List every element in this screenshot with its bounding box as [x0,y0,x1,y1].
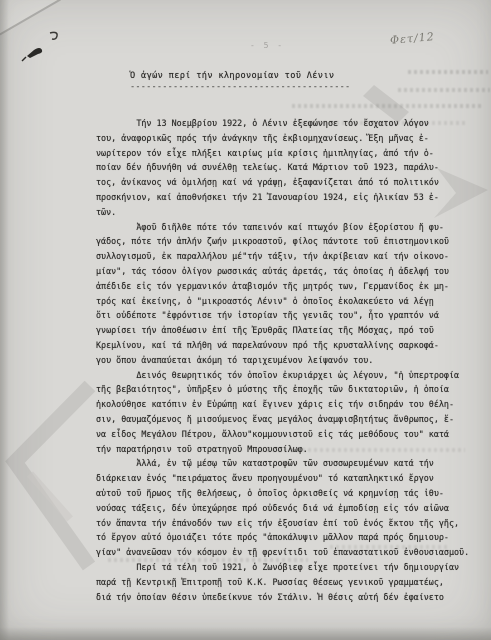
text-line: νούσας τάξεις, δέν ὑπεχώρησε πρό οὐδενός… [96,501,469,516]
text-line: ἀπέδιδε εἰς τόν γερμανικόν ἀταβισμόν τῆς… [96,279,469,294]
text-line: Δεινός θεωρητικός τόν ὁποῖον ἐκυριάρχει … [96,368,469,383]
text-line: Ἀλλά, ἐν τῷ μέσῳ τῶν καταστροφῶν τῶν συσ… [96,456,469,471]
text-line: προσκήνιον, καί ἀποθνήσκει τήν 21 Ἰανουα… [96,190,469,205]
scan-left-edge-shadow [0,0,9,640]
text-line: τος, ἀνίκανος νά ὁμιλήσῃ καί νά γράψῃ, ἐ… [96,175,469,190]
document-page: - 5 - Φετ/12 Ὁ ἀγών περί τήν κληρονομίαν… [0,0,491,640]
document-title: Ὁ ἀγών περί τήν κληρονομίαν τοῦ Λένιν [130,71,350,82]
text-line: ὅτι οὐδέποτε "ἐφρόντισε τήν ἱστορίαν τῆς… [96,308,469,323]
text-line: Περί τά τέλη τοῦ 1921, ὁ Ζωνόβιεφ εἶχε π… [96,560,469,575]
text-line: ποίαν δέν ἠδυνήθη νά συνέλθῃ τελείως. Κα… [96,160,469,175]
text-line: Κρεμλίνου, καί τά πλήθη νά παρελαύνουν π… [96,338,469,353]
text-line: συλλογισμοῦ, ἐκ παραλλήλου μέ"τήν τάξιν,… [96,249,469,264]
text-line: αὐτοῦ τοῦ ἥρωος τῆς θελήσεως, ὁ ὁποῖος ὁ… [96,486,469,501]
text-line: γίαν" ἀνανεῶσαν τόν κόσμον ἐν τῇ φρενίτι… [96,545,469,560]
title-block: Ὁ ἀγών περί τήν κληρονομίαν τοῦ Λένιν --… [130,71,350,93]
watermark-chevron-left [15,386,90,566]
text-line: τήν παρατήρησιν τοῦ στρατηγοῦ Μπρουσσίλω… [96,442,469,457]
text-line: τόν ἅπαντα τήν ἐπάνοδόν των εἰς τήν ἐξου… [96,516,469,531]
title-underline: ----------------------------------------… [130,82,350,93]
handwritten-annotation: Φετ/12 [390,30,436,47]
text-line: σιν, θαυμαζόμενος ἤ μισούμενος ἕνας μεγά… [96,412,469,427]
text-line: μίαν", τάς τόσον ὀλίγον ρωσσικάς αὐτάς ἀ… [96,264,469,279]
text-line: τῶν. [96,205,469,220]
scan-bottom-shadow [0,627,491,640]
page-number: - 5 - [250,41,284,50]
text-line: ἠκολούθησε κατόπιν ἐν Εὐρώπῃ καί ἔγινεν … [96,397,469,412]
text-line: νωρίτερον τόν εἶχε πλήξει καιρίως μία κρ… [96,146,469,161]
pen-blob-tail [22,57,26,61]
pen-blob-mark [27,48,42,58]
bleed-through-row [292,104,482,108]
text-line: να εἶδος Μεγάλου Πέτρου, ἄλλου"κομμουνισ… [96,427,469,442]
bleed-through-row [408,70,488,74]
document-body: Τήν 13 Νοεμβρίου 1922, ὁ Λένιν ἐξεφώνησε… [96,116,469,604]
text-line: τῆς βεβαιότητος", ὑπῆρξεν ὁ μύστης τῆς ἐ… [96,382,469,397]
text-line: γνωρίσει τήν ἀποθέωσιν ἐπί τῆς Ἐρυθρᾶς Π… [96,323,469,338]
text-line: Τήν 13 Νοεμβρίου 1922, ὁ Λένιν ἐξεφώνησε… [96,116,469,131]
watermark-inner-stroke [30,474,70,519]
text-line: τρός καί ἐκείνης, ὁ "μικροαστός Λένιν" ὁ… [96,294,469,309]
text-line: γου ὅπου ἀναπαύεται ἀκόμη τό ταριχευμένο… [96,353,469,368]
text-line: Ἀφοῦ διῆλθε πότε τόν ταπεινόν καί πτωχόν… [96,220,469,235]
text-line: διάρκειαν ἑνός "πειράματος ἄνευ προηγουμ… [96,471,469,486]
text-line: τό ἔργον αὐτό ὁμοιάζει τότε πρός "ἀποκάλ… [96,530,469,545]
text-line: του, ἀναφορικῶς πρός τήν ἀνάγκην τῆς ἐκβ… [96,131,469,146]
bleed-through-row [398,88,490,92]
text-line: παρά τῇ Κεντρικῇ Ἐπιτροπῇ τοῦ Κ.Κ. Ρωσσί… [96,575,469,590]
text-line: γάδος, πότε τήν ἁπλήν ζωήν μικροαστοῦ, φ… [96,234,469,249]
text-line: διά τήν ὁποίαν θέσιν ὑπεδείκνυε τόν Στάλ… [96,590,469,605]
